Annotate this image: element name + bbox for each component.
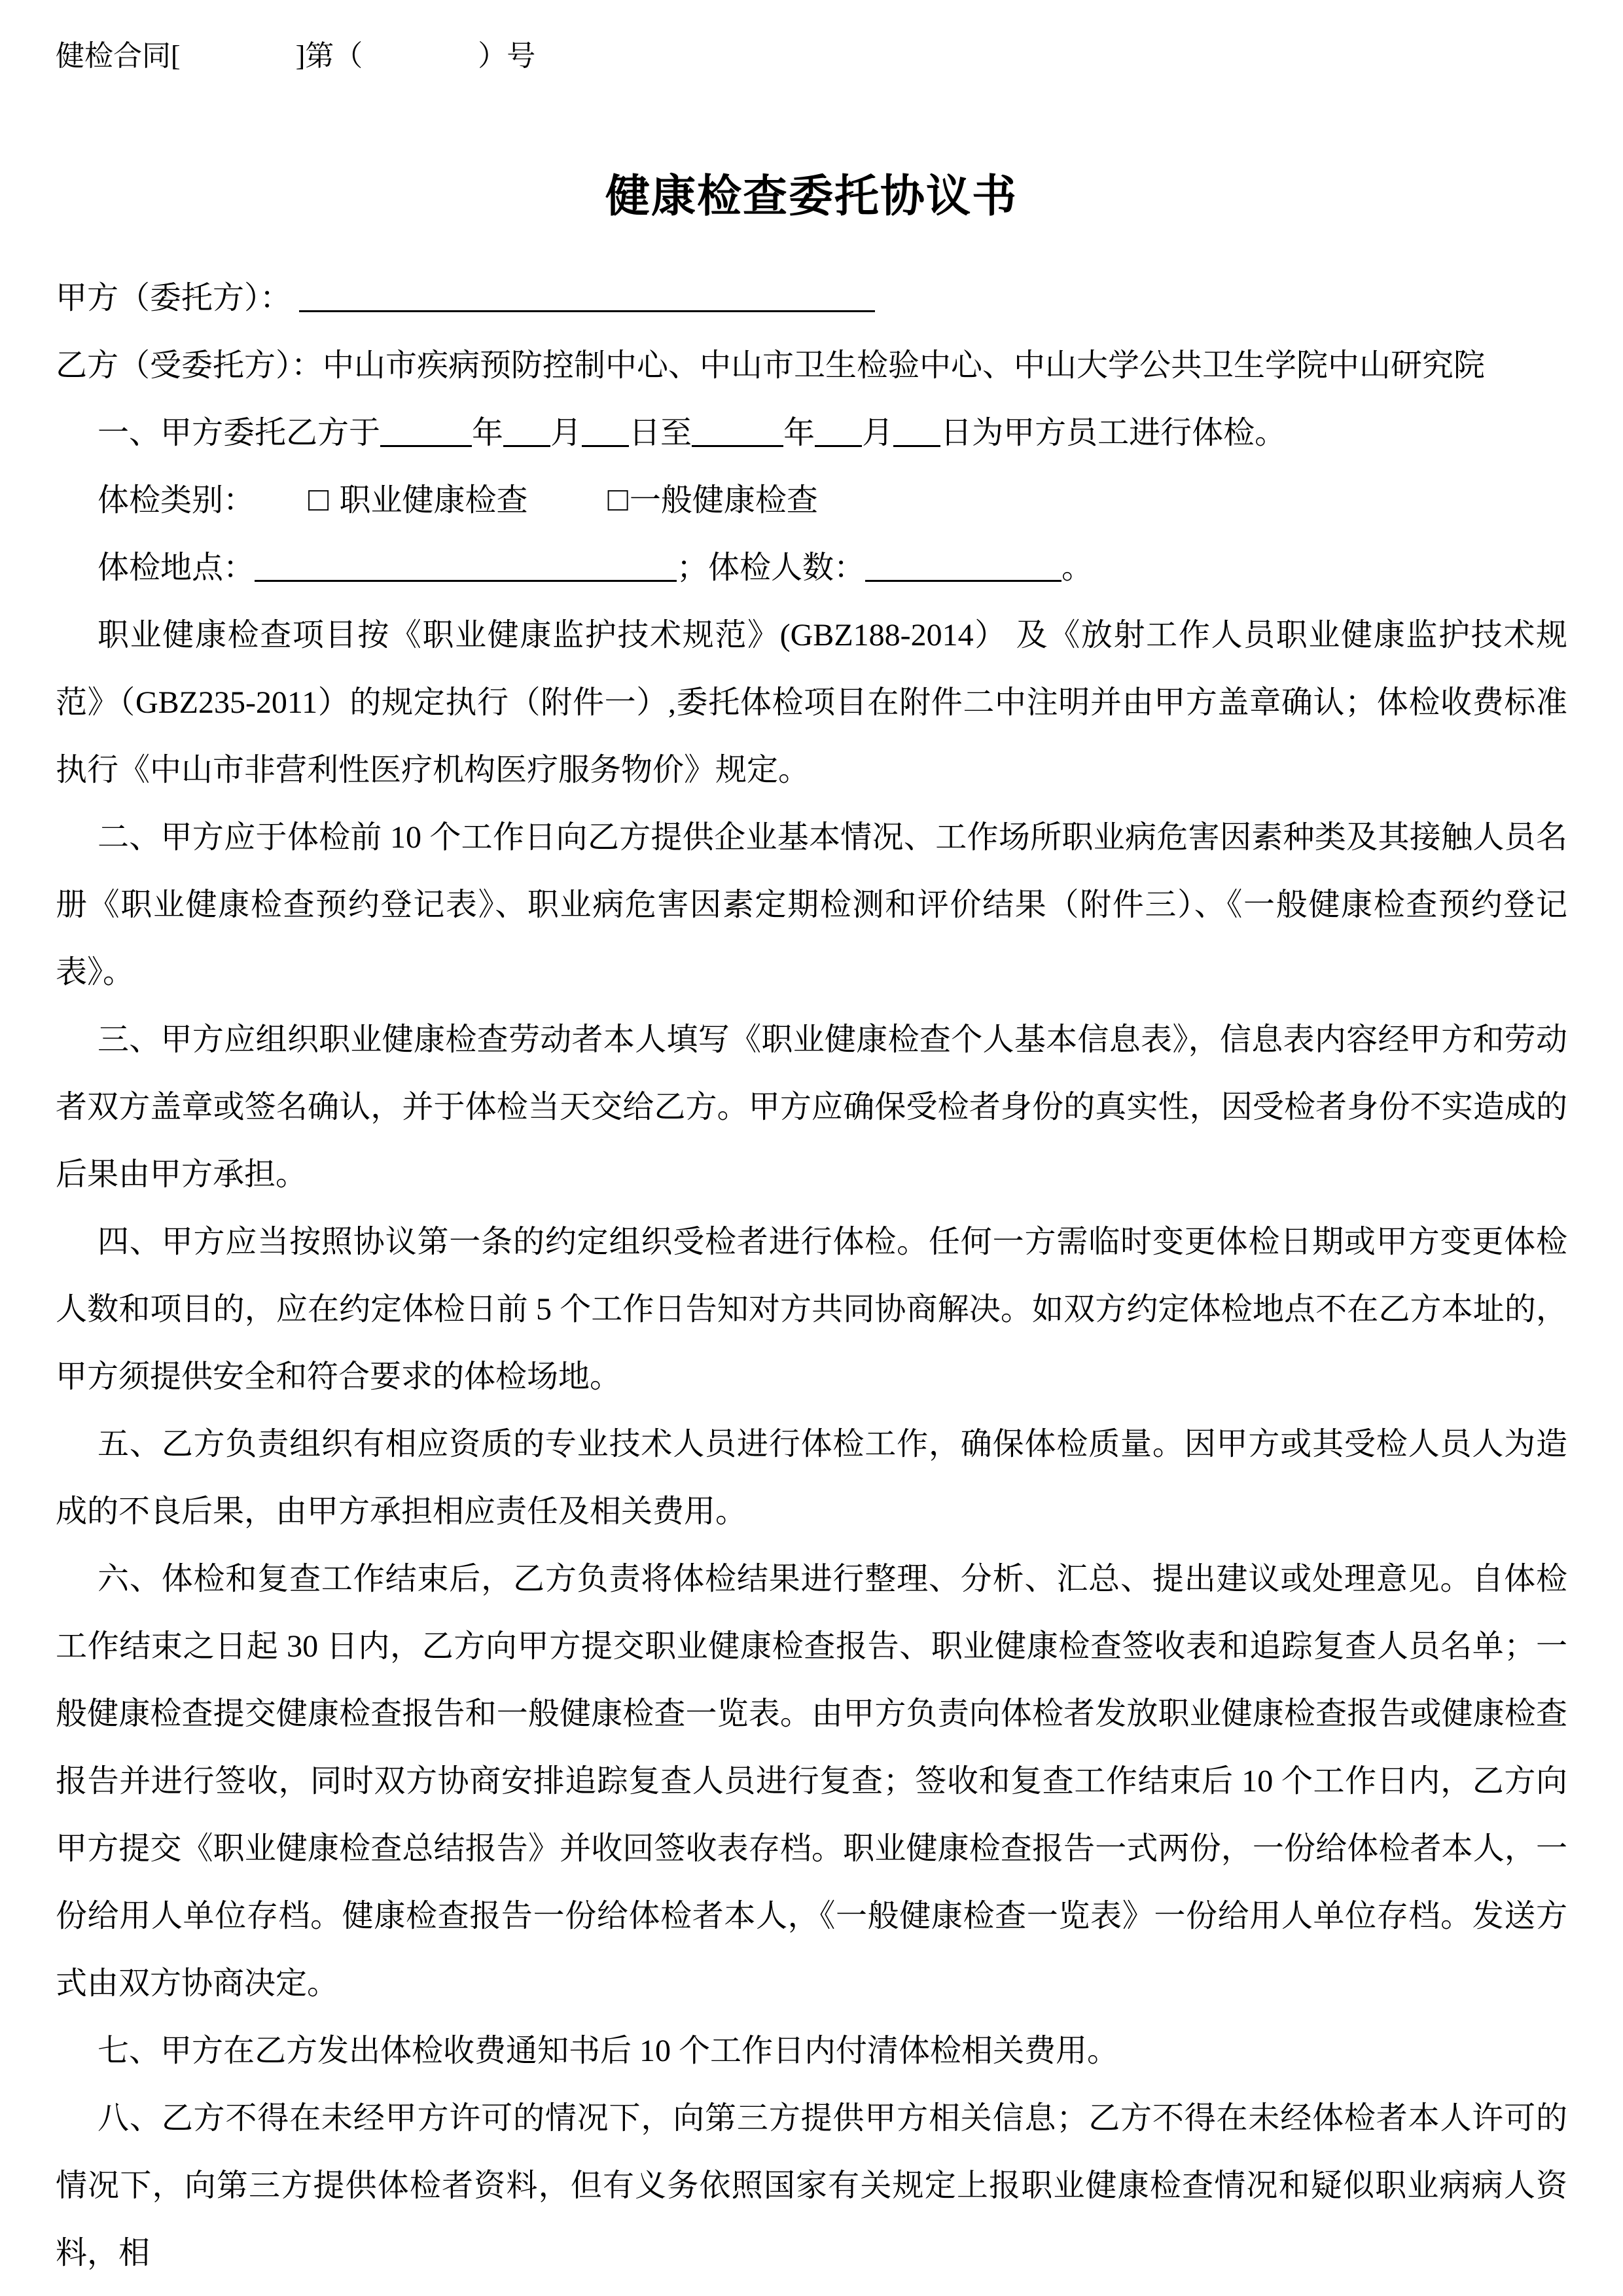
exam-count-blank-field[interactable] (865, 552, 1061, 582)
clause-5-paragraph: 五、乙方负责组织有相应资质的专业技术人员进行体检工作，确保体检质量。因甲方或其受… (56, 1410, 1567, 1545)
exam-type-option-occupational: 职业健康检查 (339, 483, 527, 518)
end-month-blank-field[interactable] (815, 418, 862, 447)
party-b-line: 乙方（受委托方）：中山市疾病预防控制中心、中山市卫生检验中心、中山大学公共卫生学… (56, 332, 1567, 399)
exam-type-line: 体检类别：□职业健康检查□一般健康检查 (56, 467, 1567, 534)
clause-3-paragraph: 三、甲方应组织职业健康检查劳动者本人填写《职业健康检查个人基本信息表》，信息表内… (56, 1006, 1567, 1208)
party-a-line: 甲方（委托方）： (56, 264, 1567, 332)
document-page: 健检合同[ ]第（ ）号 健康检查委托协议书 甲方（委托方）： 乙方（受委托方）… (0, 0, 1623, 2296)
exam-location-blank-field[interactable] (255, 552, 677, 582)
start-month-blank-field[interactable] (503, 418, 550, 447)
clause-7-paragraph: 七、甲方在乙方发出体检收费通知书后 10 个工作日内付清体检相关费用。 (56, 2017, 1567, 2085)
clause-1-line: 一、甲方委托乙方于年月日至年月日为甲方员工进行体检。 (56, 399, 1567, 467)
checkbox-general-exam[interactable]: □ (565, 483, 628, 517)
contract-number-line: 健检合同[ ]第（ ）号 (56, 38, 1567, 75)
exam-location-line: 体检地点：；体检人数：。 (56, 534, 1567, 601)
exam-location-period: 。 (1061, 550, 1093, 585)
exam-type-label: 体检类别： (98, 483, 255, 518)
exam-count-label: ；体检人数： (677, 550, 865, 585)
page-title: 健康检查委托协议书 (56, 170, 1567, 223)
clause-1-prefix: 一、甲方委托乙方于 (98, 416, 380, 450)
exam-location-label: 体检地点： (98, 550, 255, 585)
party-a-label: 甲方（委托方）： (56, 281, 291, 315)
end-day-blank-field[interactable] (893, 418, 940, 447)
end-year-blank-field[interactable] (692, 418, 783, 447)
start-year-blank-field[interactable] (380, 418, 472, 447)
exam-type-option-general: 一般健康检查 (630, 483, 818, 518)
party-b-value: 中山市疾病预防控制中心、中山市卫生检验中心、中山大学公共卫生学院中山研究院 (323, 348, 1485, 383)
clause-2-paragraph: 二、甲方应于体检前 10 个工作日向乙方提供企业基本情况、工作场所职业病危害因素… (56, 804, 1567, 1006)
clause-1-suffix: 日为甲方员工进行体检。 (940, 416, 1286, 450)
document-body: 甲方（委托方）： 乙方（受委托方）：中山市疾病预防控制中心、中山市卫生检验中心、… (56, 264, 1567, 2287)
clause-6-paragraph: 六、体检和复查工作结束后，乙方负责将体检结果进行整理、分析、汇总、提出建议或处理… (56, 1545, 1567, 2017)
day-to-label: 日至 (629, 416, 692, 450)
party-b-label: 乙方（受委托方）： (56, 348, 323, 383)
checkbox-occupational-exam[interactable]: □ (266, 483, 329, 517)
clause-standards-paragraph: 职业健康检查项目按《职业健康监护技术规范》(GBZ188-2014） 及《放射工… (56, 601, 1567, 804)
start-year-label: 年 (472, 416, 503, 450)
start-day-blank-field[interactable] (582, 418, 629, 447)
party-a-blank-field[interactable] (299, 283, 875, 312)
clause-4-paragraph: 四、甲方应当按照协议第一条的约定组织受检者进行体检。任何一方需临时变更体检日期或… (56, 1208, 1567, 1410)
clause-8-paragraph: 八、乙方不得在未经甲方许可的情况下，向第三方提供甲方相关信息；乙方不得在未经体检… (56, 2085, 1567, 2287)
end-year-label: 年 (783, 416, 815, 450)
end-month-label: 月 (862, 416, 893, 450)
start-month-label: 月 (550, 416, 582, 450)
